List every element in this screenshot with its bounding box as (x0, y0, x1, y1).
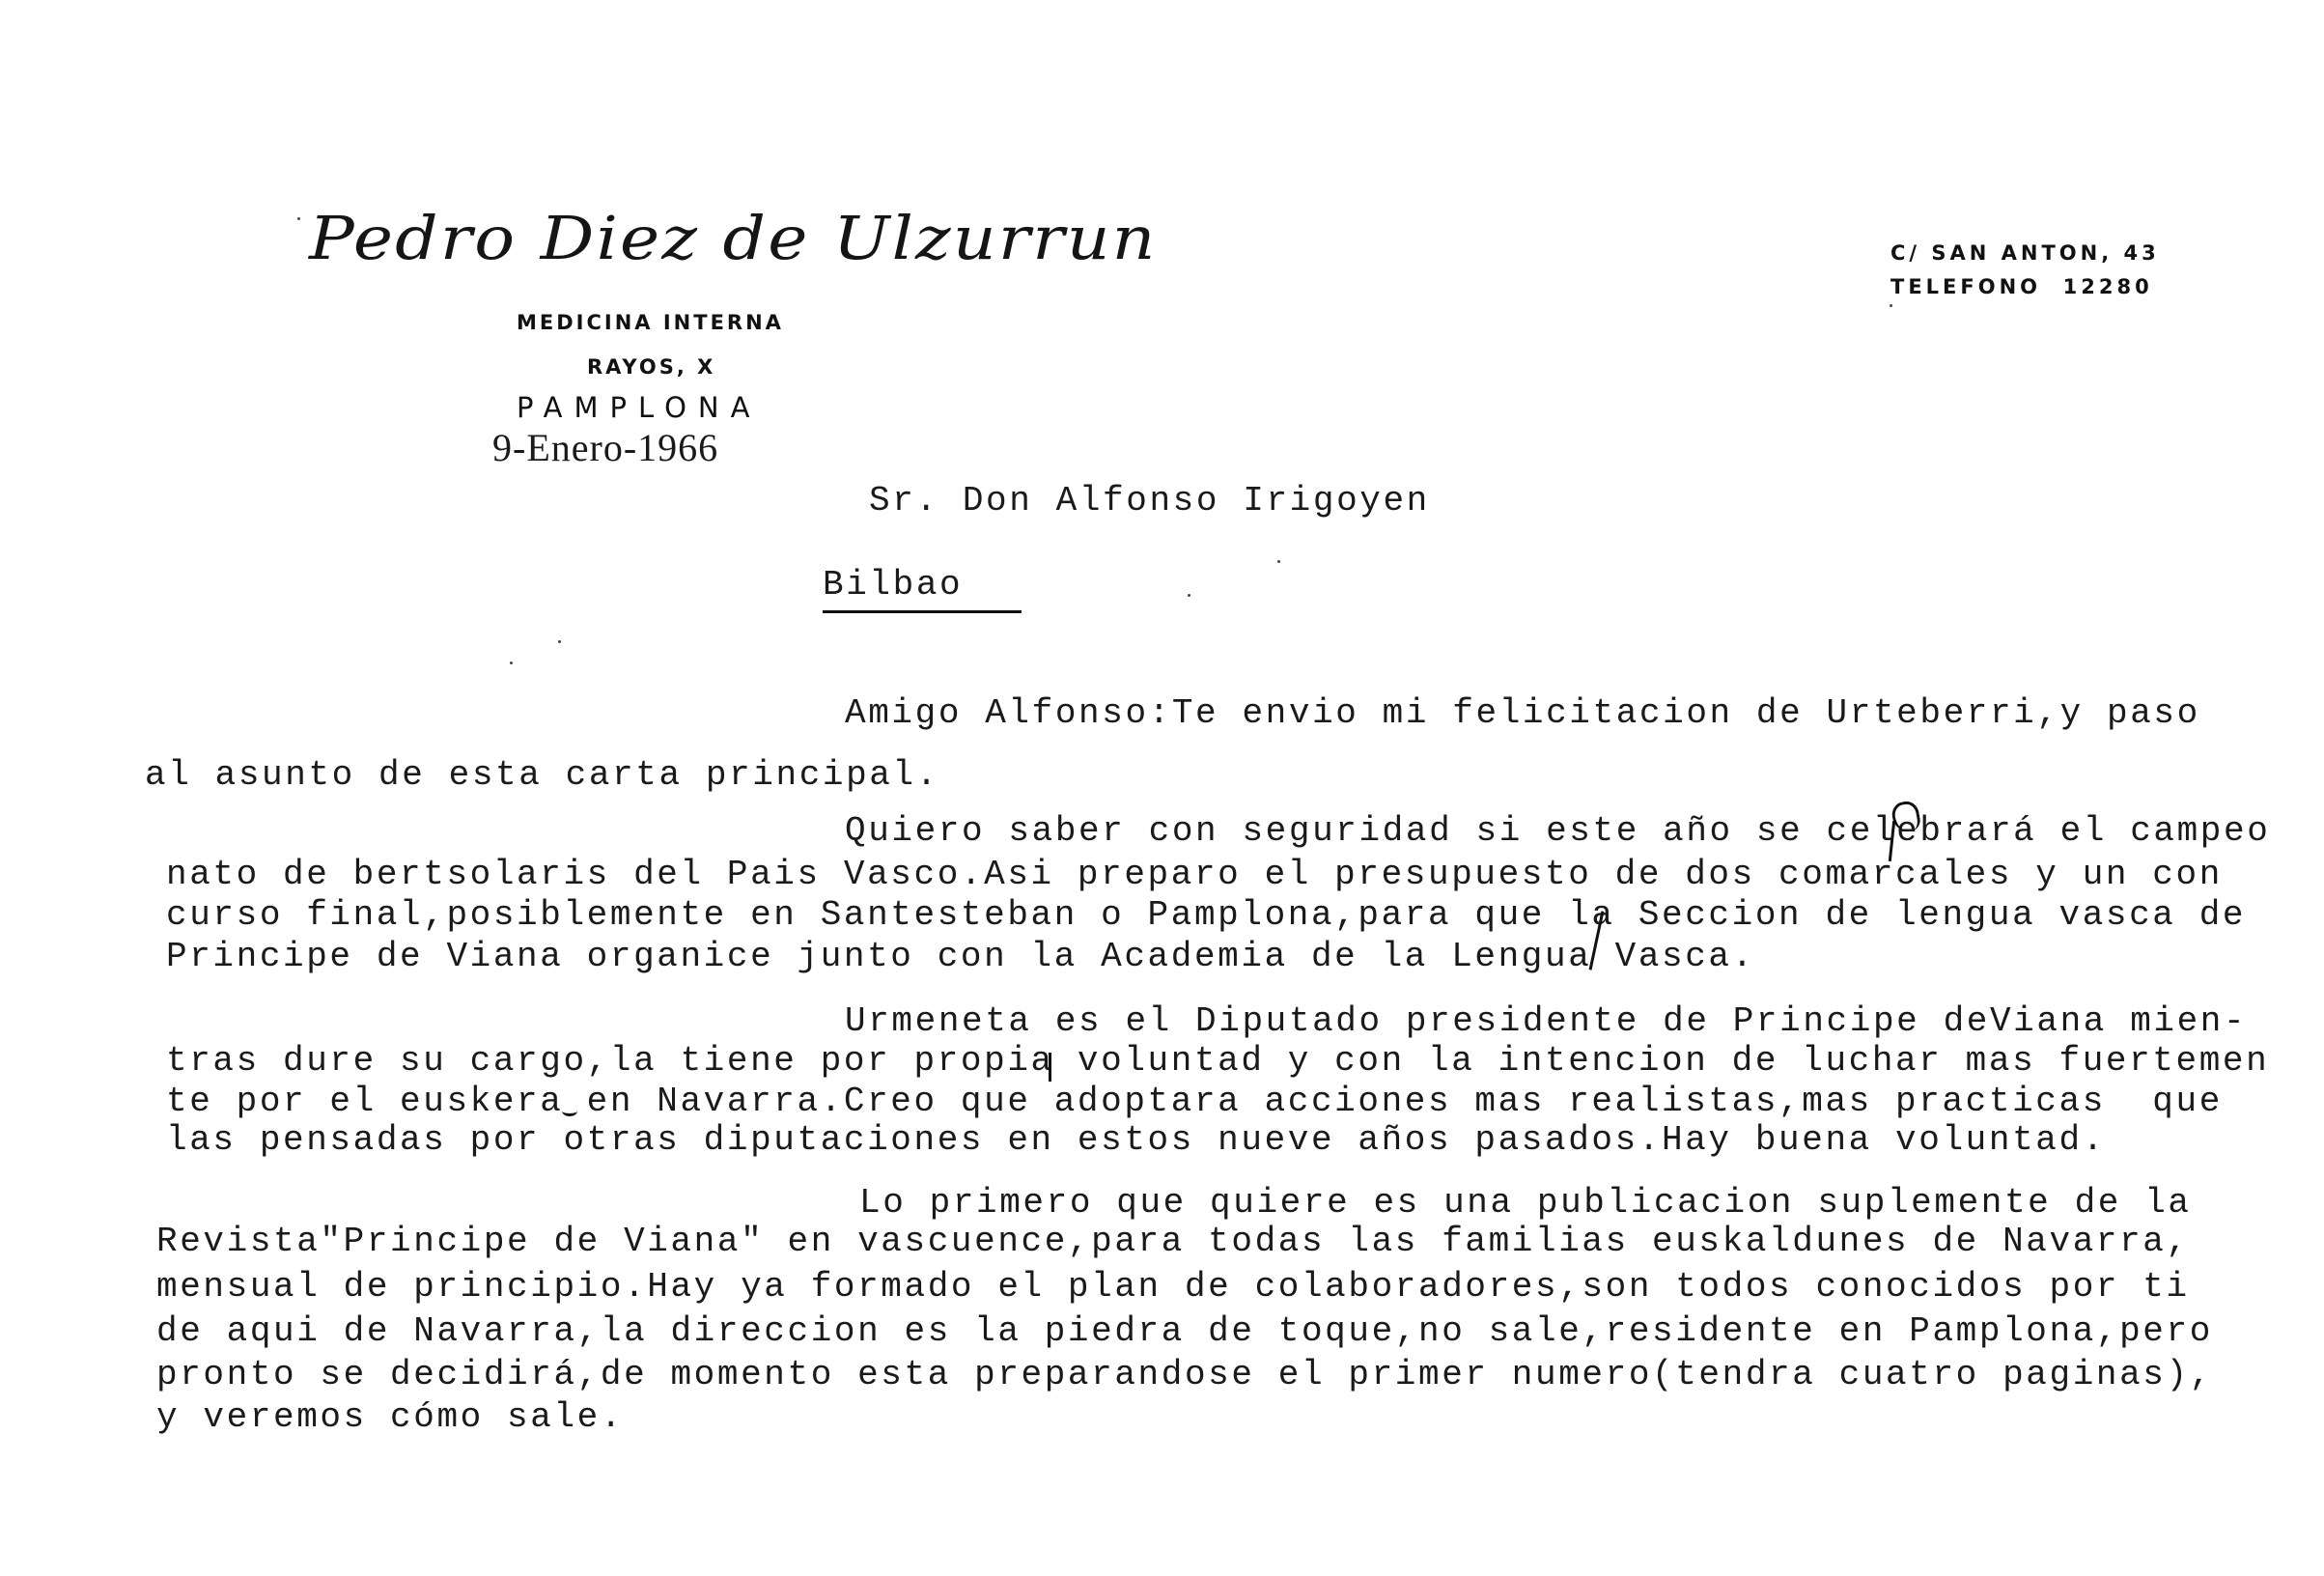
letterhead-service: RAYOS, X (587, 355, 715, 379)
scan-speck (510, 661, 513, 664)
recipient-city: Bilbao (823, 565, 963, 605)
scan-speck (1277, 560, 1280, 563)
scan-speck (1188, 594, 1190, 597)
body-line: pronto se decidirá,de momento esta prepa… (156, 1355, 2213, 1394)
body-line: las pensadas por otras diputaciones en e… (166, 1120, 2106, 1160)
body-line: Amigo Alfonso:Te envio mi felicitacion d… (845, 693, 2200, 733)
scan-speck (1890, 304, 1892, 307)
letterhead-specialty: MEDICINA INTERNA (517, 311, 784, 334)
body-line: Lo primero que quiere es una publicacion… (859, 1183, 2192, 1223)
body-line: al asunto de esta carta principal. (145, 755, 939, 795)
body-line: curso final,posiblemente en Santesteban … (166, 895, 2246, 935)
pen-correction-mark (1049, 1053, 1051, 1082)
letterhead-name: Pedro Diez de Ulzurrun (309, 203, 1158, 273)
body-line: te por el euskera en Navarra.Creo que ad… (166, 1082, 2223, 1121)
body-line: Principe de Viana organice junto con la … (166, 937, 1755, 976)
body-line: tras dure su cargo,la tiene por propia v… (166, 1041, 2269, 1081)
letterhead-address: C/ SAN ANTON, 43 (1890, 241, 2160, 265)
body-line: mensual de principio.Hay ya formado el p… (156, 1267, 2190, 1307)
body-line: y veremos cómo sale. (156, 1397, 624, 1437)
body-line: Revista"Principe de Viana" en vascuence,… (156, 1222, 2190, 1261)
letterhead-city: PAMPLONA (517, 391, 761, 424)
letter-date: 9-Enero-1966 (492, 425, 718, 470)
letterhead-phone: TELEFONO 12280 (1890, 275, 2153, 298)
body-line: Urmeneta es el Diputado presidente de Pr… (845, 1001, 2247, 1041)
city-underline (823, 610, 1022, 613)
scan-speck (558, 640, 561, 643)
pen-correction-mark (562, 1106, 577, 1116)
body-line: nato de bertsolaris del Pais Vasco.Asi p… (166, 855, 2223, 894)
scan-speck (297, 217, 300, 220)
recipient-name: Sr. Don Alfonso Irigoyen (869, 481, 1430, 521)
body-line: Quiero saber con seguridad si este año s… (845, 811, 2270, 851)
body-line: de aqui de Navarra,la direccion es la pi… (156, 1311, 2213, 1351)
